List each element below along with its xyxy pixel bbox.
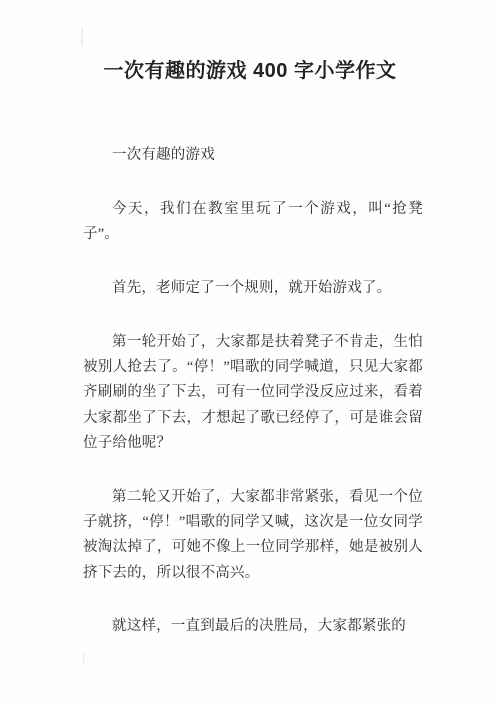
essay-paragraph-2: 首先，老师定了一个规则，就开始游戏了。 — [83, 276, 423, 301]
essay-body: 一次有趣的游戏 今天，我们在教室里玩了一个游戏，叫“抢凳子”。 首先，老师定了一… — [83, 143, 423, 640]
essay-subtitle: 一次有趣的游戏 — [83, 143, 423, 168]
page-title: 一次有趣的游戏 400 字小学作文 — [0, 57, 500, 85]
scan-smudge-top — [81, 28, 83, 46]
essay-paragraph-5: 就这样，一直到最后的决胜局，大家都紧张的 — [83, 614, 423, 639]
essay-paragraph-4: 第二轮又开始了，大家都非常紧张，看见一个位子就挤，“停！”唱歌的同学又喊，这次是… — [83, 485, 423, 586]
scan-smudge-bottom — [83, 652, 84, 666]
essay-paragraph-3: 第一轮开始了，大家都是扶着凳子不肯走，生怕被别人抢去了。“停！”唱歌的同学喊道，… — [83, 330, 423, 456]
essay-paragraph-1: 今天，我们在教室里玩了一个游戏，叫“抢凳子”。 — [83, 197, 423, 248]
document-page: 一次有趣的游戏 400 字小学作文 一次有趣的游戏 今天，我们在教室里玩了一个游… — [0, 0, 500, 707]
